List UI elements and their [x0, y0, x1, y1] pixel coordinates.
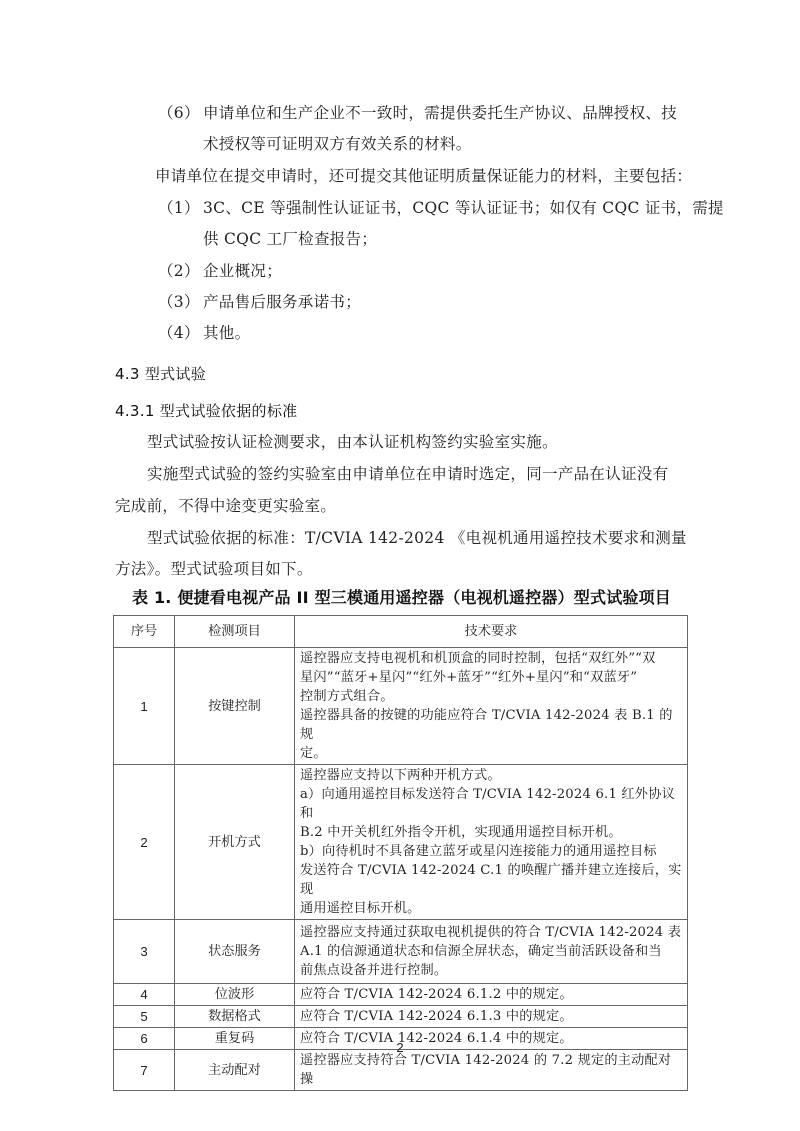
- table-row: 5 数据格式 应符合 T/CVIA 142-2024 6.1.3 中的规定。: [114, 1006, 688, 1028]
- section-heading: 4.3 型式试验: [115, 364, 206, 384]
- table-caption: 表 1. 便捷看电视产品 II 型三模通用遥控器（电视机遥控器）型式试验项目: [132, 588, 671, 608]
- cell-item: 开机方式: [175, 765, 295, 920]
- cell-requirement: 遥控器应支持符合 T/CVIA 142-2024 的 7.2 规定的主动配对操: [295, 1050, 688, 1091]
- cell-no: 7: [114, 1050, 175, 1091]
- list-item-text: 术授权等可证明双方有效关系的材料。: [203, 134, 472, 154]
- paragraph: 方法》。型式试验项目如下。: [115, 559, 313, 579]
- paragraph: 完成前，不得中途变更实验室。: [115, 496, 336, 516]
- cell-requirement: 应符合 T/CVIA 142-2024 6.1.2 中的规定。: [295, 984, 688, 1006]
- cell-no: 4: [114, 984, 175, 1006]
- requirement-line: 前焦点设备并进行控制。: [300, 961, 682, 980]
- cell-item: 主动配对: [175, 1050, 295, 1091]
- requirement-line: 遥控器应支持符合 T/CVIA 142-2024 的 7.2 规定的主动配对操: [300, 1051, 682, 1089]
- table-row: 4 位波形 应符合 T/CVIA 142-2024 6.1.2 中的规定。: [114, 984, 688, 1006]
- requirement-line: 星闪”“蓝牙+星闪”“红外+蓝牙”“红外+星闪”和“双蓝牙”: [300, 668, 682, 687]
- subsection-heading: 4.3.1 型式试验依据的标准: [115, 401, 297, 421]
- requirement-line: 遥控器应支持电视机和机顶盒的同时控制，包括“双红外”“双: [300, 649, 682, 668]
- requirement-line: 遥控器应支持通过获取电视机提供的符合 T/CVIA 142-2024 表: [300, 923, 682, 942]
- table-row: 1 按键控制 遥控器应支持电视机和机顶盒的同时控制，包括“双红外”“双 星闪”“…: [114, 648, 688, 765]
- list-marker: （6）: [158, 103, 200, 123]
- paragraph: 型式试验依据的标准：T/CVIA 142-2024 《电视机通用遥控技术要求和测…: [147, 528, 687, 548]
- cell-item: 按键控制: [175, 648, 295, 765]
- column-header-no: 序号: [114, 616, 175, 648]
- list-item-text: 企业概况；: [203, 261, 282, 281]
- paragraph: 型式试验按认证检测要求，由本认证机构签约实验室实施。: [147, 432, 558, 452]
- table-row: 3 状态服务 遥控器应支持通过获取电视机提供的符合 T/CVIA 142-202…: [114, 920, 688, 984]
- list-marker: （1）: [158, 198, 200, 218]
- cell-no: 3: [114, 920, 175, 984]
- list-marker: （3）: [158, 292, 200, 312]
- requirement-line: A.1 的信源通道状态和信源全屏状态，确定当前活跃设备和当: [300, 942, 682, 961]
- requirement-line: b）向待机时不具备建立蓝牙或星闪连接能力的通用遥控目标: [300, 842, 682, 861]
- cell-requirement: 遥控器应支持电视机和机顶盒的同时控制，包括“双红外”“双 星闪”“蓝牙+星闪”“…: [295, 648, 688, 765]
- list-item-text: 产品售后服务承诺书；: [203, 292, 361, 312]
- list-item-text: 其他。: [203, 323, 250, 343]
- cell-requirement: 遥控器应支持通过获取电视机提供的符合 T/CVIA 142-2024 表 A.1…: [295, 920, 688, 984]
- requirement-line: 发送符合 T/CVIA 142-2024 C.1 的唤醒广播并建立连接后，实现: [300, 861, 682, 899]
- requirement-line: 控制方式组合。: [300, 687, 682, 706]
- test-items-table: 序号 检测项目 技术要求 1 按键控制 遥控器应支持电视机和机顶盒的同时控制，包…: [113, 615, 688, 1091]
- requirement-line: 应符合 T/CVIA 142-2024 6.1.2 中的规定。: [300, 985, 682, 1004]
- requirement-line: a）向通用遥控目标发送符合 T/CVIA 142-2024 6.1 红外协议和: [300, 785, 682, 823]
- requirement-line: 遥控器具备的按键的功能应符合 T/CVIA 142-2024 表 B.1 的规: [300, 706, 682, 744]
- cell-requirement: 应符合 T/CVIA 142-2024 6.1.3 中的规定。: [295, 1006, 688, 1028]
- list-marker: （4）: [158, 323, 200, 343]
- table-header-row: 序号 检测项目 技术要求: [114, 616, 688, 648]
- cell-item: 状态服务: [175, 920, 295, 984]
- requirement-line: 通用遥控目标开机。: [300, 899, 682, 918]
- list-item-text: 3C、CE 等强制性认证证书，CQC 等认证证书；如仅有 CQC 证书，需提: [203, 198, 724, 218]
- table-row: 2 开机方式 遥控器应支持以下两种开机方式。 a）向通用遥控目标发送符合 T/C…: [114, 765, 688, 920]
- list-item-text: 供 CQC 工厂检查报告；: [203, 229, 377, 249]
- requirement-line: B.2 中开关机红外指令开机，实现通用遥控目标开机。: [300, 823, 682, 842]
- cell-no: 5: [114, 1006, 175, 1028]
- requirement-line: 定。: [300, 744, 682, 763]
- table-row: 7 主动配对 遥控器应支持符合 T/CVIA 142-2024 的 7.2 规定…: [114, 1050, 688, 1091]
- cell-requirement: 遥控器应支持以下两种开机方式。 a）向通用遥控目标发送符合 T/CVIA 142…: [295, 765, 688, 920]
- column-header-requirement: 技术要求: [295, 616, 688, 648]
- requirement-line: 遥控器应支持以下两种开机方式。: [300, 766, 682, 785]
- list-marker: （2）: [158, 261, 200, 281]
- cell-no: 2: [114, 765, 175, 920]
- cell-item: 数据格式: [175, 1006, 295, 1028]
- paragraph: 实施型式试验的签约实验室由申请单位在申请时选定，同一产品在认证没有: [147, 464, 668, 484]
- cell-no: 1: [114, 648, 175, 765]
- paragraph: 申请单位在提交申请时，还可提交其他证明质量保证能力的材料，主要包括：: [155, 166, 692, 186]
- list-item-text: 申请单位和生产企业不一致时，需提供委托生产协议、品牌授权、技: [203, 103, 677, 123]
- column-header-item: 检测项目: [175, 616, 295, 648]
- cell-item: 位波形: [175, 984, 295, 1006]
- requirement-line: 应符合 T/CVIA 142-2024 6.1.3 中的规定。: [300, 1007, 682, 1026]
- page-number: 2: [0, 1040, 800, 1055]
